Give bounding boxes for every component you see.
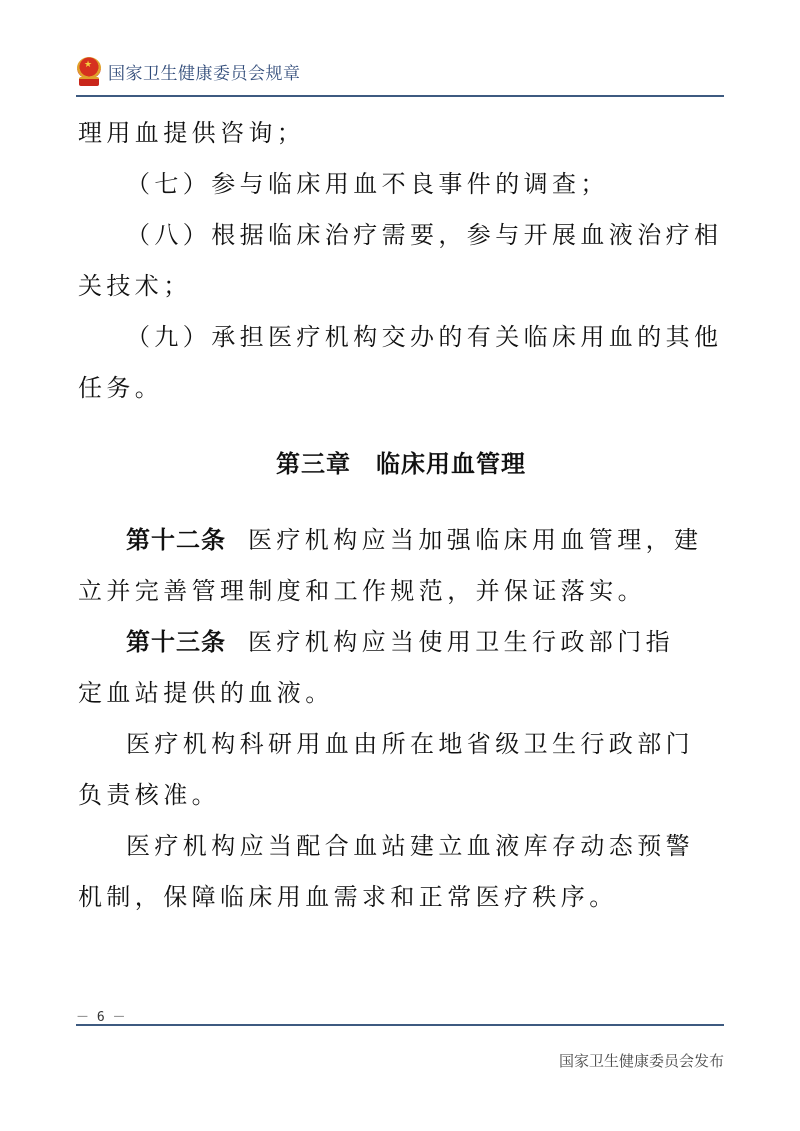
text-line: 理用血提供咨询； — [78, 108, 724, 159]
header-divider — [76, 95, 724, 97]
document-body: 理用血提供咨询； （七）参与临床用血不良事件的调查； （八）根据临床治疗需要，参… — [78, 108, 724, 923]
article-12-label: 第十二条 — [126, 526, 226, 554]
article-13-line-2: 定血站提供的血液。 — [78, 668, 724, 719]
chapter-title: 第三章 临床用血管理 — [78, 439, 724, 490]
header-title: 国家卫生健康委员会规章 — [108, 59, 301, 84]
article-13-para2-line-2: 负责核准。 — [78, 770, 724, 821]
list-item-9: （九）承担医疗机构交办的有关临床用血的其他 — [78, 312, 724, 363]
article-13-label: 第十三条 — [126, 628, 226, 656]
article-13-text: 医疗机构应当使用卫生行政部门指 — [248, 628, 674, 656]
article-13-para3-line-2: 机制，保障临床用血需求和正常医疗秩序。 — [78, 872, 724, 923]
page-number: － 6 － — [76, 1006, 125, 1025]
text-line: 任务。 — [78, 363, 724, 414]
national-emblem-icon: ★ — [76, 57, 102, 85]
article-13-line-1: 第十三条医疗机构应当使用卫生行政部门指 — [78, 617, 724, 668]
list-item-8: （八）根据临床治疗需要，参与开展血液治疗相 — [78, 210, 724, 261]
footer-publisher: 国家卫生健康委员会发布 — [559, 1050, 724, 1071]
article-12-text: 医疗机构应当加强临床用血管理，建 — [248, 526, 702, 554]
article-12-line-2: 立并完善管理制度和工作规范，并保证落实。 — [78, 566, 724, 617]
article-12-line-1: 第十二条医疗机构应当加强临床用血管理，建 — [78, 515, 724, 566]
text-line: 关技术； — [78, 261, 724, 312]
footer-divider — [76, 1024, 724, 1026]
article-13-para3-line-1: 医疗机构应当配合血站建立血液库存动态预警 — [78, 821, 724, 872]
page-header: ★ 国家卫生健康委员会规章 — [76, 56, 301, 86]
article-13-para2-line-1: 医疗机构科研用血由所在地省级卫生行政部门 — [78, 719, 724, 770]
list-item-7: （七）参与临床用血不良事件的调查； — [78, 159, 724, 210]
